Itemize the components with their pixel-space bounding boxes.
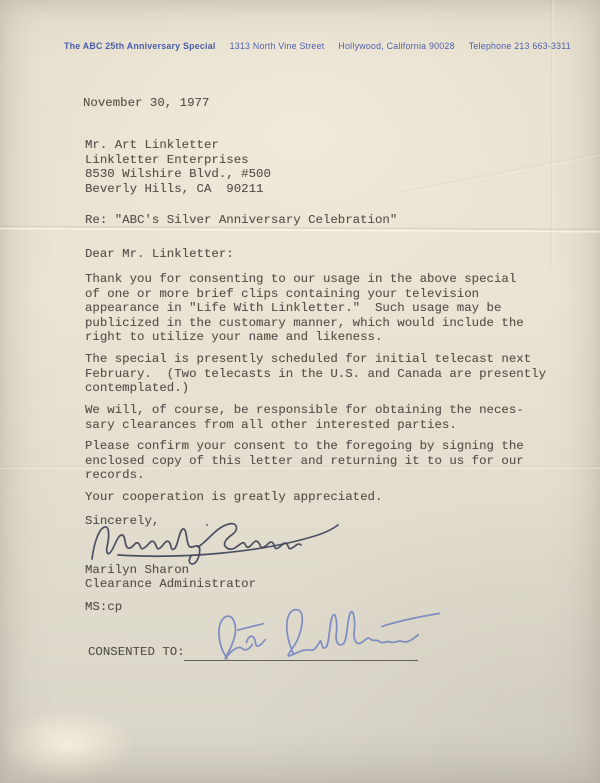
salutation: Dear Mr. Linkletter: [85, 247, 234, 262]
letter-date: November 30, 1977 [83, 96, 209, 111]
ink-dot [206, 524, 208, 526]
letterhead-title: The ABC 25th Anniversary Special [64, 41, 216, 51]
letterhead-street: 1313 North Vine Street [230, 41, 325, 51]
letterhead: The ABC 25th Anniversary Special 1313 No… [64, 41, 571, 51]
sender-name: Marilyn Sharon [85, 563, 189, 578]
paragraph-1: Thank you for consenting to our usage in… [85, 272, 524, 345]
reference-initials: MS:cp [85, 600, 122, 615]
signature-line [184, 660, 418, 661]
letterhead-city: Hollywood, California 90028 [338, 41, 454, 51]
valediction: Sincerely, [85, 514, 159, 529]
paragraph-2: The special is presently scheduled for i… [85, 352, 546, 396]
letter-page: The ABC 25th Anniversary Special 1313 No… [0, 0, 600, 783]
sender-title: Clearance Administrator [85, 577, 256, 592]
consent-label: CONSENTED TO: [88, 645, 185, 660]
closing-line: Your cooperation is greatly appreciated. [85, 490, 382, 505]
letterhead-phone: Telephone 213 663-3311 [469, 41, 571, 51]
fold-crease-diagonal [400, 152, 600, 194]
recipient-address: Mr. Art Linkletter Linkletter Enterprise… [85, 138, 271, 196]
paragraph-4: Please confirm your consent to the foreg… [85, 439, 524, 483]
paragraph-3: We will, of course, be responsible for o… [85, 403, 524, 432]
subject-line: Re: "ABC's Silver Anniversary Celebratio… [85, 213, 397, 228]
